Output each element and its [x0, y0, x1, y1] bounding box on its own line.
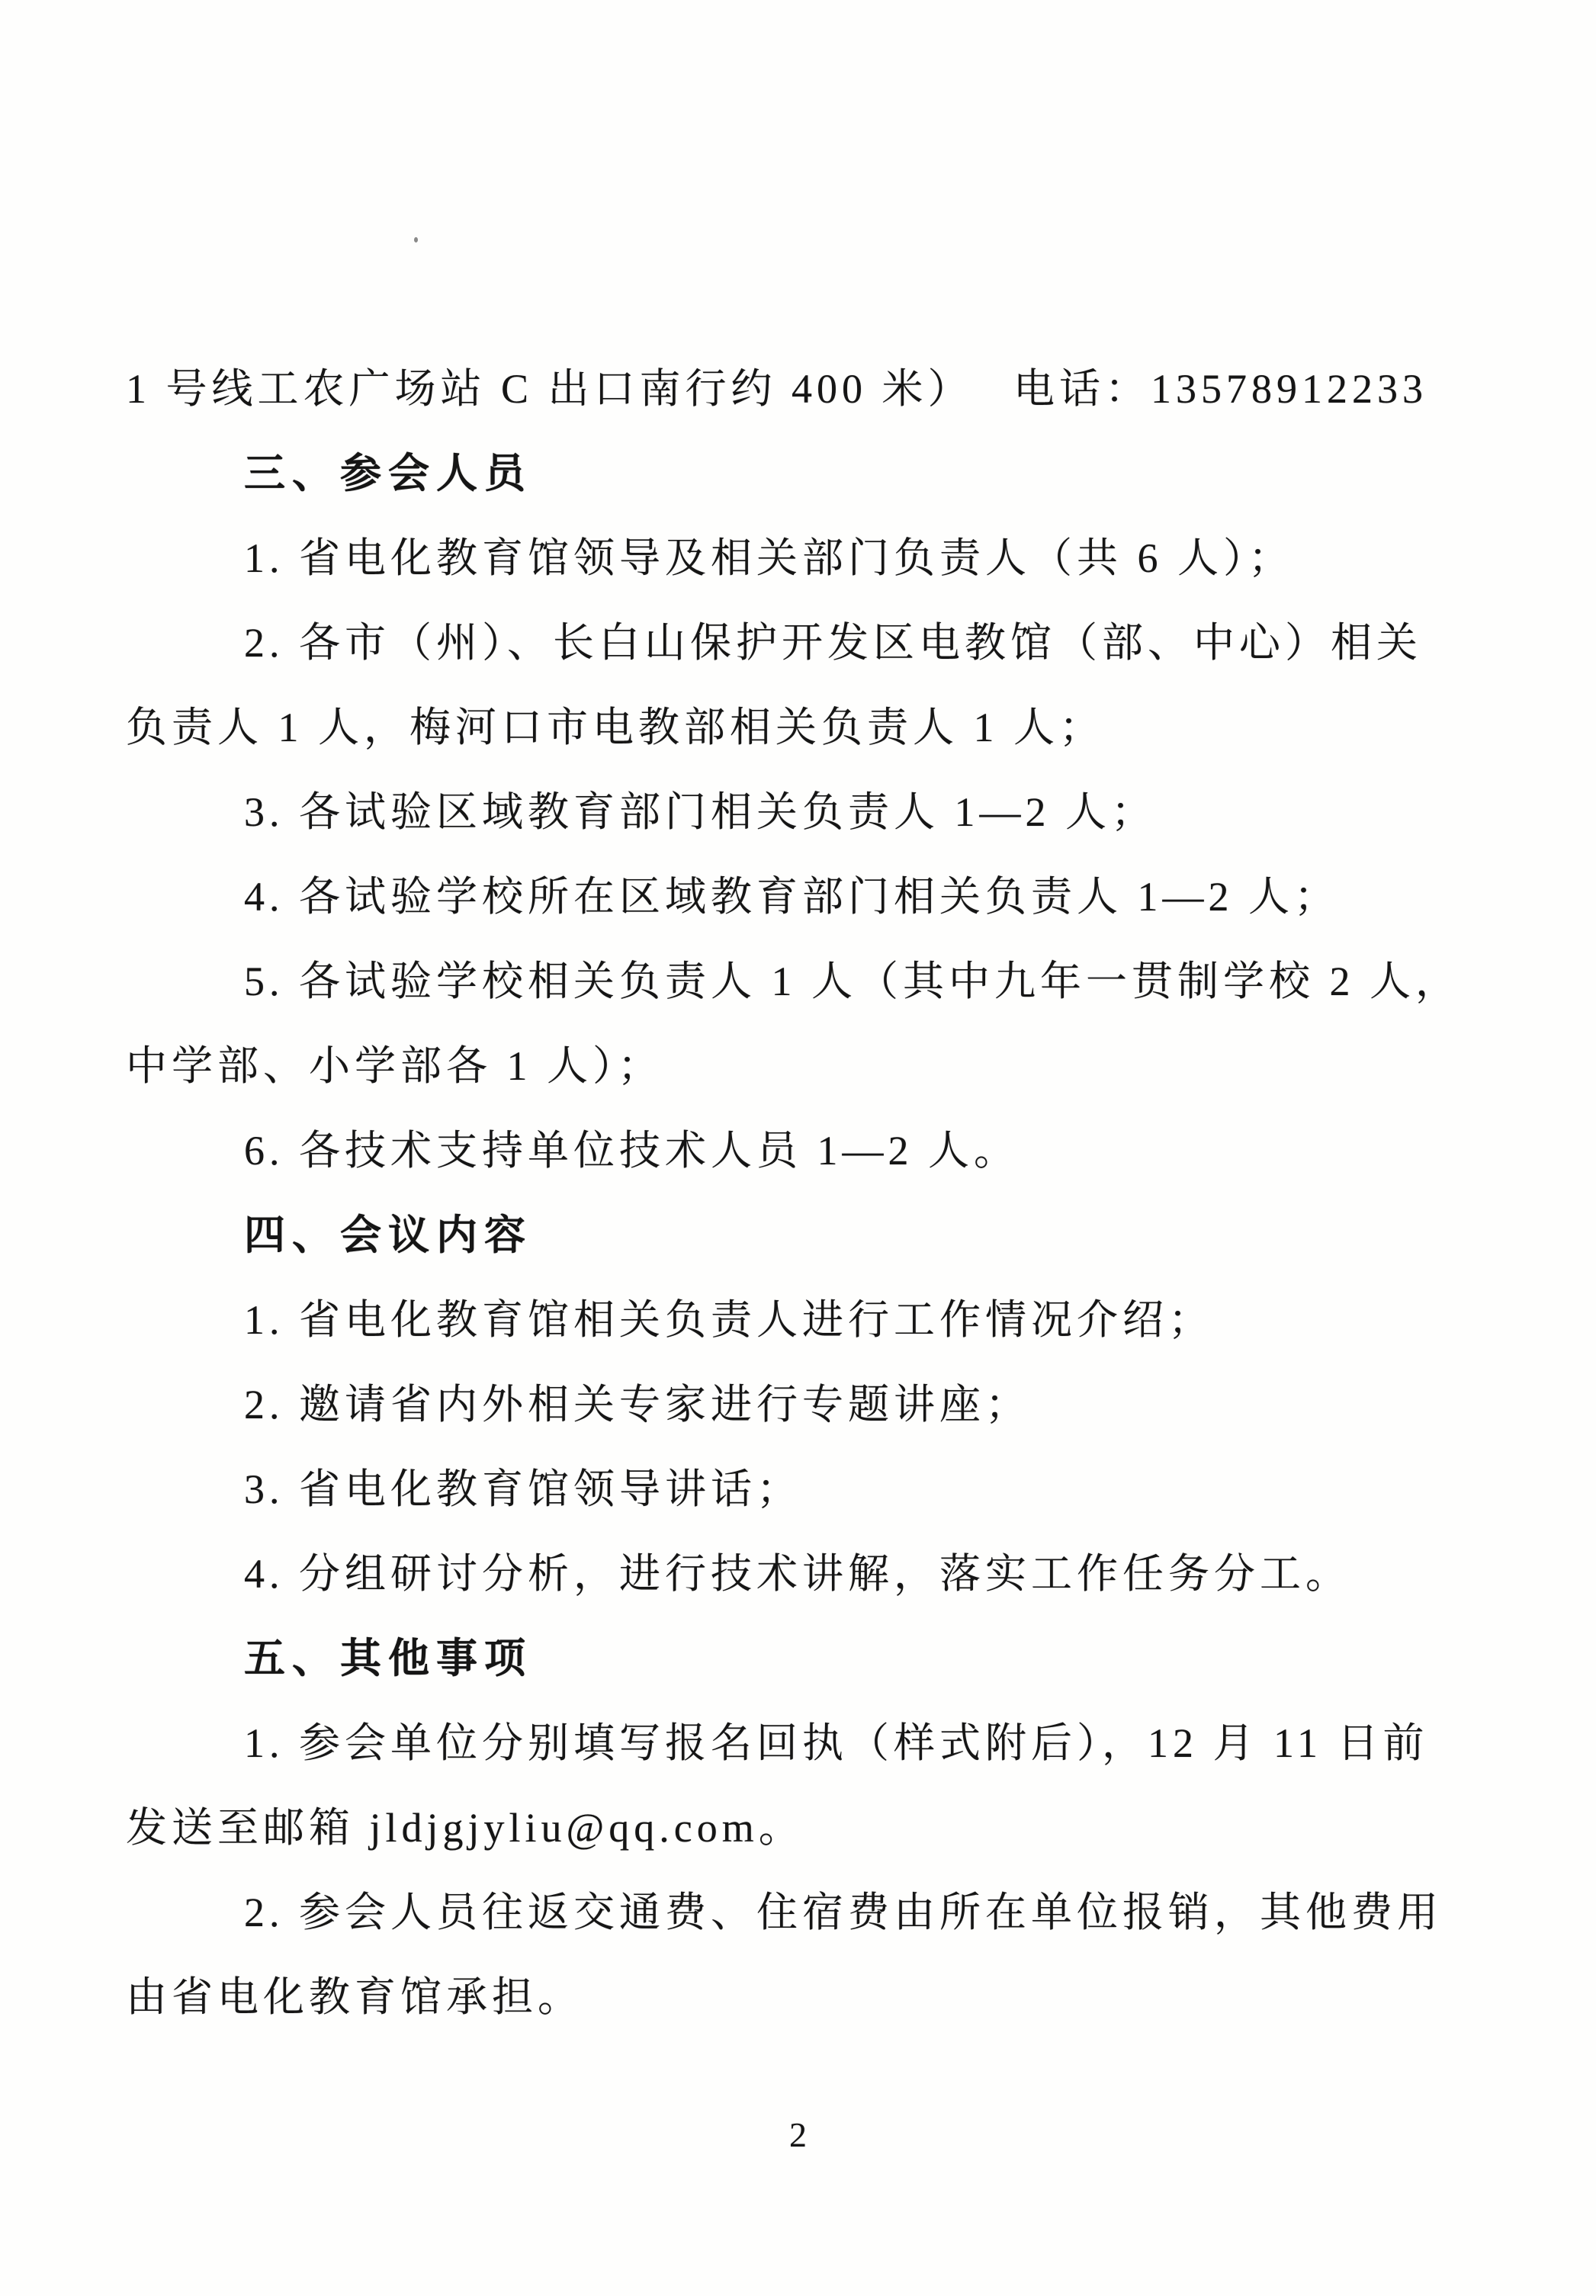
list-item: 2. 参会人员往返交通费、住宿费由所在单位报销，其他费用 — [126, 1871, 1497, 1955]
list-item: 1. 参会单位分别填写报名回执（样式附后），12 月 11 日前 — [126, 1701, 1497, 1786]
list-item: 4. 分组研讨分析，进行技术讲解，落实工作任务分工。 — [126, 1532, 1497, 1617]
scan-speck-artifact — [414, 237, 418, 242]
section-heading-4: 四、会议内容 — [126, 1193, 1497, 1278]
list-item: 1. 省电化教育馆相关负责人进行工作情况介绍； — [126, 1278, 1497, 1363]
page-number: 2 — [0, 2111, 1596, 2160]
list-item: 2. 各市（州）、长白山保护开发区电教馆（部、中心）相关 — [126, 601, 1497, 686]
list-item: 3. 各试验区域教育部门相关负责人 1—2 人； — [126, 770, 1497, 855]
list-item: 4. 各试验学校所在区域教育部门相关负责人 1—2 人； — [126, 855, 1497, 939]
list-item-continuation: 由省电化教育馆承担。 — [126, 1955, 1497, 2040]
list-item-continuation: 发送至邮箱 jldjgjyliu@qq.com。 — [126, 1786, 1497, 1871]
document-body: 1 号线工农广场站 C 出口南行约 400 米） 电话：13578912233 … — [126, 347, 1497, 2040]
document-page: 1 号线工农广场站 C 出口南行约 400 米） 电话：13578912233 … — [0, 0, 1596, 2296]
list-item-continuation: 负责人 1 人，梅河口市电教部相关负责人 1 人； — [126, 686, 1497, 770]
list-item: 3. 省电化教育馆领导讲话； — [126, 1447, 1497, 1532]
list-item: 6. 各技术支持单位技术人员 1—2 人。 — [126, 1109, 1497, 1193]
list-item: 2. 邀请省内外相关专家进行专题讲座； — [126, 1363, 1497, 1447]
list-item: 5. 各试验学校相关负责人 1 人（其中九年一贯制学校 2 人， — [126, 939, 1497, 1024]
list-item: 1. 省电化教育馆领导及相关部门负责人（共 6 人）； — [126, 516, 1497, 601]
section-heading-3: 三、参会人员 — [126, 432, 1497, 516]
address-phone-line: 1 号线工农广场站 C 出口南行约 400 米） 电话：13578912233 — [126, 347, 1497, 432]
section-heading-5: 五、其他事项 — [126, 1617, 1497, 1701]
list-item-continuation: 中学部、小学部各 1 人）； — [126, 1024, 1497, 1109]
